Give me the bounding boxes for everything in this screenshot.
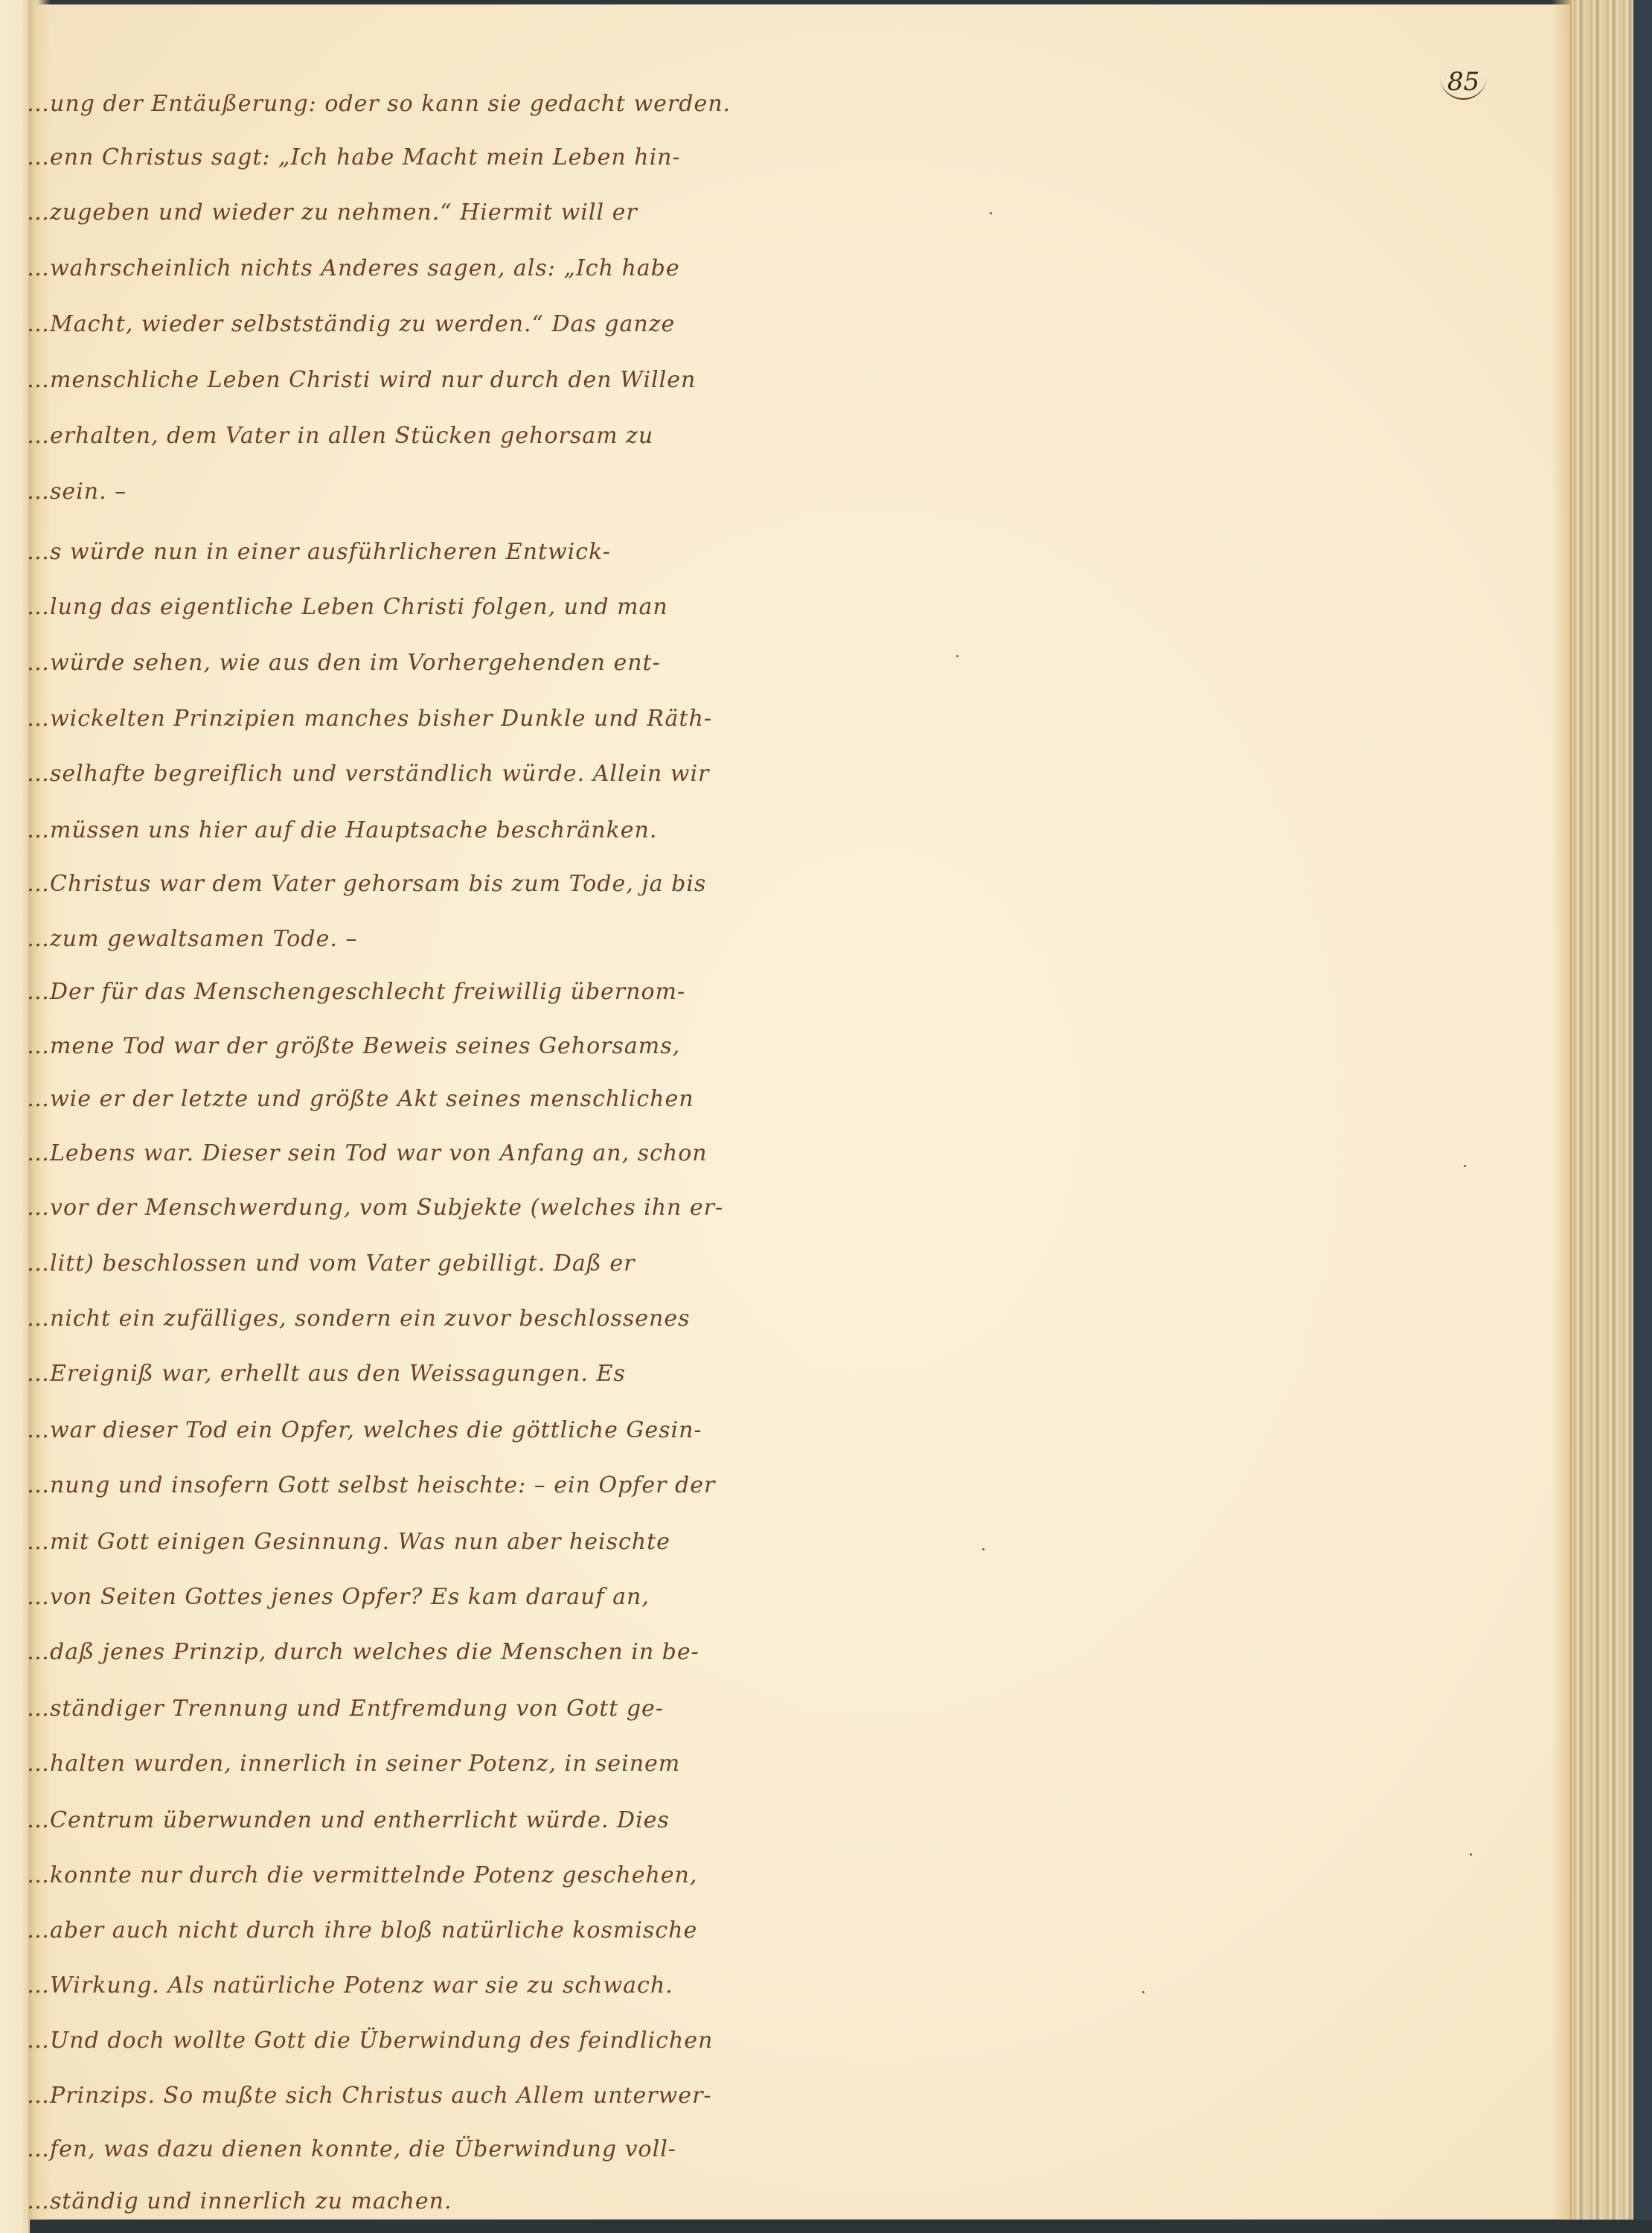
text-line: …selhafte begreiflich und verständlich w… [27, 759, 838, 789]
text-line: …müssen uns hier auf die Hauptsache besc… [27, 816, 838, 846]
text-line: …Wirkung. Als natürliche Potenz war sie … [27, 1971, 838, 2001]
text-line: …war dieser Tod ein Opfer, welches die g… [27, 1416, 838, 1445]
paper-speck [956, 655, 958, 657]
text-line: …sein. – [27, 477, 838, 507]
facing-page-edge [0, 0, 30, 2233]
text-line: …halten wurden, innerlich in seiner Pote… [27, 1749, 838, 1779]
text-line: …wickelten Prinzipien manches bisher Dun… [27, 704, 838, 734]
paper-speck [1470, 1853, 1472, 1856]
text-line: …Centrum überwunden und entherrlicht wür… [27, 1806, 838, 1836]
text-line: …von Seiten Gottes jenes Opfer? Es kam d… [27, 1582, 838, 1612]
text-line: …Ereigniß war, erhellt aus den Weissagun… [27, 1359, 838, 1389]
text-line: …menschliche Leben Christi wird nur durc… [27, 365, 838, 395]
text-line: …nicht ein zufälliges, sondern ein zuvor… [27, 1304, 838, 1334]
text-line: …mene Tod war der größte Beweis seines G… [27, 1032, 838, 1061]
text-line: …vor der Menschwerdung, vom Subjekte (we… [27, 1193, 838, 1223]
text-line: …litt) beschlossen und vom Vater gebilli… [27, 1249, 838, 1279]
text-line: …konnte nur durch die vermittelnde Poten… [27, 1861, 838, 1891]
text-line: …wie er der letzte und größte Akt seines… [27, 1084, 838, 1114]
text-line: …fen, was dazu dienen konnte, die Überwi… [27, 2135, 838, 2165]
text-line: …zum gewaltsamen Tode. – [27, 924, 838, 954]
text-line: …Prinzips. So mußte sich Christus auch A… [27, 2081, 838, 2111]
text-line: …wahrscheinlich nichts Anderes sagen, al… [27, 254, 838, 284]
text-line: …Der für das Menschengeschlecht freiwill… [27, 977, 838, 1007]
text-line: …Lebens war. Dieser sein Tod war von Anf… [27, 1139, 838, 1169]
text-line: …lung das eigentliche Leben Christi folg… [27, 592, 838, 622]
text-line: …erhalten, dem Vater in allen Stücken ge… [27, 421, 838, 451]
text-line: …Und doch wollte Gott die Überwindung de… [27, 2026, 838, 2056]
text-line: …Macht, wieder selbstständig zu werden.“… [27, 310, 838, 339]
text-line: …daß jenes Prinzip, durch welches die Me… [27, 1638, 838, 1667]
paper-speck [1142, 1991, 1144, 1993]
text-line: …Christus war dem Vater gehorsam bis zum… [27, 869, 838, 899]
text-line: …nung und insofern Gott selbst heischte:… [27, 1471, 838, 1501]
paper-speck [990, 212, 992, 214]
page-fore-edge [1570, 0, 1635, 2222]
paper-speck [982, 1548, 985, 1550]
text-line: …aber auch nicht durch ihre bloß natürli… [27, 1916, 838, 1946]
text-line: …würde sehen, wie aus den im Vorhergehen… [27, 648, 838, 678]
text-line: …ung der Entäußerung: oder so kann sie g… [27, 89, 838, 119]
book-cover-right [1633, 0, 1652, 2233]
text-line: …enn Christus sagt: „Ich habe Macht mein… [27, 143, 838, 173]
book-cover-bottom [30, 2220, 1652, 2233]
text-line: …zugeben und wieder zu nehmen.“ Hiermit … [27, 198, 838, 228]
text-line: …mit Gott einigen Gesinnung. Was nun abe… [27, 1527, 838, 1557]
text-line: …ständiger Trennung und Entfremdung von … [27, 1694, 838, 1724]
text-line: …s würde nun in einer ausführlicheren En… [27, 537, 838, 567]
paper-speck [1464, 1165, 1466, 1167]
text-line: …ständig und innerlich zu machen. [27, 2187, 838, 2217]
